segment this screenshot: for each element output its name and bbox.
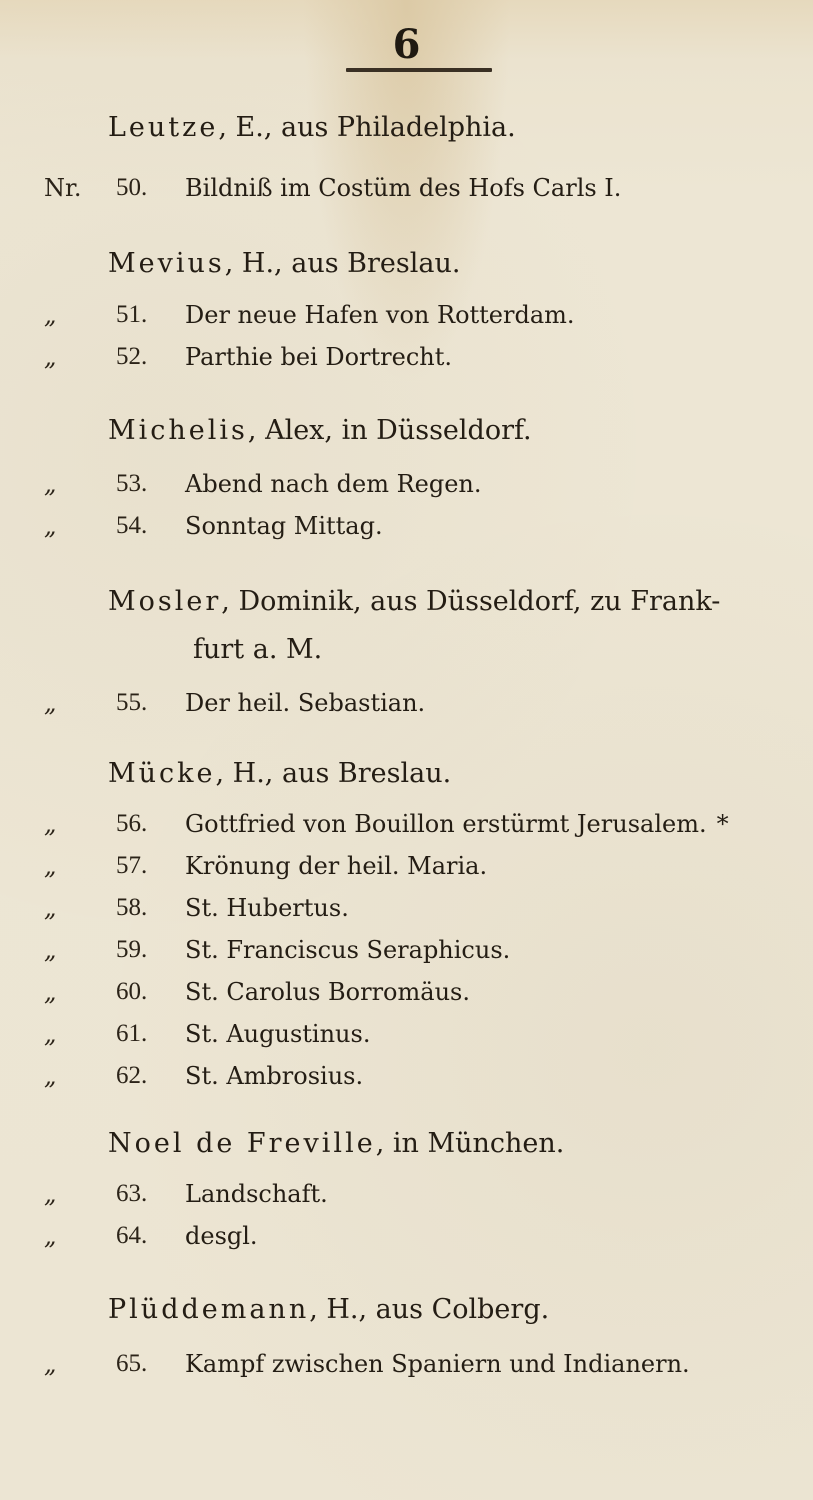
ditto-mark: „ bbox=[44, 1058, 100, 1094]
entry-title: Der heil. Sebastian. bbox=[185, 685, 425, 721]
artist-origin: , H., aus Breslau. bbox=[225, 248, 461, 279]
entry-title: St. Hubertus. bbox=[185, 890, 349, 926]
artist-heading: Mosler, Dominik, aus Düsseldorf, zu Fran… bbox=[108, 584, 720, 620]
entry-title: Krönung der heil. Maria. bbox=[185, 848, 487, 884]
artist-name: Leutze bbox=[108, 112, 218, 143]
ditto-mark: „ bbox=[44, 685, 100, 721]
entry-number: 65. bbox=[116, 1346, 147, 1382]
entry-number: 60. bbox=[116, 974, 147, 1010]
artist-name: Mosler bbox=[108, 586, 221, 617]
artist-heading: Plüddemann, H., aus Colberg. bbox=[108, 1292, 549, 1328]
entry-number: 56. bbox=[116, 806, 147, 842]
ditto-mark: „ bbox=[44, 974, 100, 1010]
entry-number: 62. bbox=[116, 1058, 147, 1094]
ditto-mark: „ bbox=[44, 1346, 100, 1382]
entry-number: 51. bbox=[116, 297, 147, 333]
catalogue-entry: „ 55. Der heil. Sebastian. bbox=[0, 685, 813, 721]
ditto-mark: „ bbox=[44, 339, 100, 375]
entry-title: Sonntag Mittag. bbox=[185, 508, 383, 544]
entry-number: 53. bbox=[116, 466, 147, 502]
catalogue-entry: „ 62. St. Ambrosius. bbox=[0, 1058, 813, 1094]
artist-name: Michelis bbox=[108, 415, 248, 446]
asterisk-mark: * bbox=[717, 810, 729, 838]
entry-number: 50. bbox=[116, 170, 147, 206]
ditto-mark: „ bbox=[44, 932, 100, 968]
catalogue-entry: „ 54. Sonntag Mittag. bbox=[0, 508, 813, 544]
entry-title: Kampf zwischen Spaniern und Indianern. bbox=[185, 1346, 690, 1382]
ditto-mark: „ bbox=[44, 297, 100, 333]
catalogue-entry: „ 57. Krönung der heil. Maria. bbox=[0, 848, 813, 884]
artist-origin: , E., aus Philadelphia. bbox=[218, 112, 515, 143]
artist-heading: Leutze, E., aus Philadelphia. bbox=[108, 110, 516, 146]
entry-title: Landschaft. bbox=[185, 1176, 328, 1212]
catalogue-entry: „ 63. Landschaft. bbox=[0, 1176, 813, 1212]
artist-origin: , Alex, in Düsseldorf. bbox=[248, 415, 532, 446]
scanned-page: 6 Leutze, E., aus Philadelphia. Nr. 50. … bbox=[0, 0, 813, 1500]
entry-title-text: Gottfried von Bouillon erstürmt Jerusale… bbox=[185, 810, 707, 838]
ditto-mark: „ bbox=[44, 890, 100, 926]
header-rule bbox=[346, 68, 492, 72]
artist-name: Mevius bbox=[108, 248, 225, 279]
entry-title: desgl. bbox=[185, 1218, 258, 1254]
entry-title: Bildniß im Costüm des Hofs Carls I. bbox=[185, 170, 621, 206]
artist-name: Mücke bbox=[108, 758, 216, 789]
ditto-mark: „ bbox=[44, 466, 100, 502]
entry-title: St. Carolus Borromäus. bbox=[185, 974, 470, 1010]
entry-number: 54. bbox=[116, 508, 147, 544]
entry-number: 57. bbox=[116, 848, 147, 884]
catalogue-entry: „ 52. Parthie bei Dortrecht. bbox=[0, 339, 813, 375]
catalogue-entry: Nr. 50. Bildniß im Costüm des Hofs Carls… bbox=[0, 170, 813, 206]
entry-title: Abend nach dem Regen. bbox=[185, 466, 482, 502]
entry-number: 59. bbox=[116, 932, 147, 968]
artist-name: Plüddemann bbox=[108, 1294, 309, 1325]
catalogue-entry: „ 64. desgl. bbox=[0, 1218, 813, 1254]
ditto-mark: „ bbox=[44, 1016, 100, 1052]
artist-origin: , in München. bbox=[376, 1128, 565, 1159]
entry-title: Parthie bei Dortrecht. bbox=[185, 339, 452, 375]
artist-heading: Mücke, H., aus Breslau. bbox=[108, 756, 451, 792]
entry-title: St. Franciscus Seraphicus. bbox=[185, 932, 510, 968]
artist-origin: , H., aus Colberg. bbox=[309, 1294, 549, 1325]
entry-number: 61. bbox=[116, 1016, 147, 1052]
catalogue-entry: „ 56. Gottfried von Bouillon erstürmt Je… bbox=[0, 806, 813, 842]
entry-title: Der neue Hafen von Rotterdam. bbox=[185, 297, 575, 333]
catalogue-entry: „ 65. Kampf zwischen Spaniern und Indian… bbox=[0, 1346, 813, 1382]
catalogue-entry: „ 58. St. Hubertus. bbox=[0, 890, 813, 926]
artist-name: Noel de Freville bbox=[108, 1128, 376, 1159]
artist-heading: Noel de Freville, in München. bbox=[108, 1126, 564, 1162]
entry-number: 58. bbox=[116, 890, 147, 926]
artist-heading: Michelis, Alex, in Düsseldorf. bbox=[108, 413, 532, 449]
ditto-mark: „ bbox=[44, 508, 100, 544]
page-number: 6 bbox=[0, 20, 813, 70]
entry-number: 63. bbox=[116, 1176, 147, 1212]
artist-heading-continuation: furt a. M. bbox=[193, 632, 322, 668]
entry-prefix: Nr. bbox=[44, 170, 100, 206]
catalogue-entry: „ 61. St. Augustinus. bbox=[0, 1016, 813, 1052]
entry-title: St. Ambrosius. bbox=[185, 1058, 363, 1094]
artist-origin: , Dominik, aus Düsseldorf, zu Frank- bbox=[221, 586, 720, 617]
catalogue-entry: „ 60. St. Carolus Borromäus. bbox=[0, 974, 813, 1010]
ditto-mark: „ bbox=[44, 806, 100, 842]
ditto-mark: „ bbox=[44, 1218, 100, 1254]
entry-number: 64. bbox=[116, 1218, 147, 1254]
entry-title: Gottfried von Bouillon erstürmt Jerusale… bbox=[185, 806, 729, 842]
entry-number: 52. bbox=[116, 339, 147, 375]
artist-heading: Mevius, H., aus Breslau. bbox=[108, 246, 460, 282]
ditto-mark: „ bbox=[44, 848, 100, 884]
entry-title: St. Augustinus. bbox=[185, 1016, 370, 1052]
catalogue-entry: „ 53. Abend nach dem Regen. bbox=[0, 466, 813, 502]
artist-origin: , H., aus Breslau. bbox=[216, 758, 452, 789]
catalogue-entry: „ 59. St. Franciscus Seraphicus. bbox=[0, 932, 813, 968]
ditto-mark: „ bbox=[44, 1176, 100, 1212]
entry-number: 55. bbox=[116, 685, 147, 721]
catalogue-entry: „ 51. Der neue Hafen von Rotterdam. bbox=[0, 297, 813, 333]
